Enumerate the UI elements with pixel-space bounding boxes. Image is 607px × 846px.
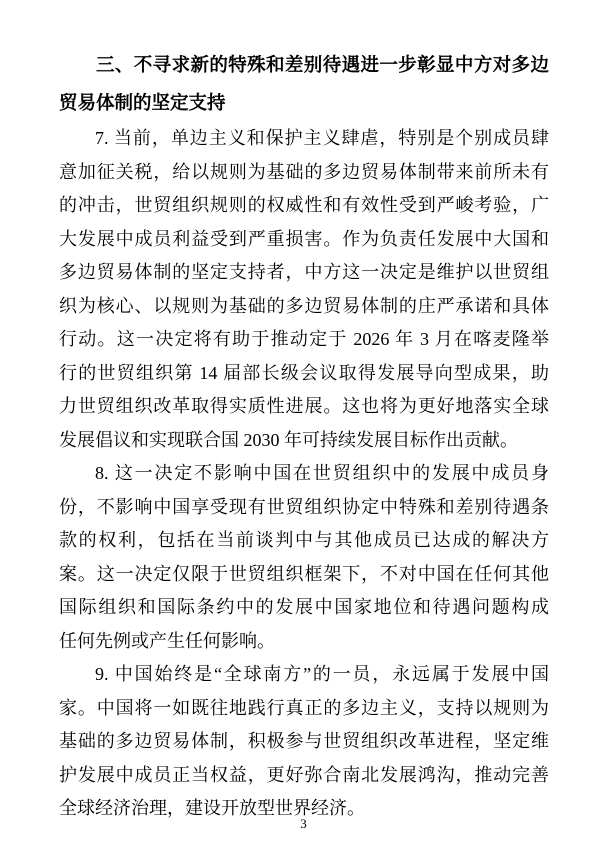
text-line: 意加征关税，给以规则为基础的多边贸易体制带来前所未有 (59, 156, 549, 190)
text-line: 的冲击，世贸组织规则的权威性和有效性受到严峻考验，广 (59, 189, 549, 223)
heading-line: 三、不寻求新的特殊和差别待遇进一步彰显中方对多边 (59, 46, 549, 84)
text-line: 任何先例或产生任何影响。 (59, 625, 549, 659)
text-line: 份，不影响中国享受现有世贸组织协定中特殊和差别待遇条 (59, 491, 549, 525)
section-heading: 三、不寻求新的特殊和差别待遇进一步彰显中方对多边 贸易体制的坚定支持 (59, 46, 549, 122)
text-line: 家。中国将一如既往地践行真正的多边主义，支持以规则为 (59, 692, 549, 726)
text-line: 国际组织和国际条约中的发展中国家地位和待遇问题构成 (59, 591, 549, 625)
page-number: 3 (0, 816, 607, 832)
document-body: 7. 当前，单边主义和保护主义肆虐，特别是个别成员肆 意加征关税，给以规则为基础… (59, 122, 549, 826)
document-page: 三、不寻求新的特殊和差别待遇进一步彰显中方对多边 贸易体制的坚定支持 7. 当前… (0, 0, 607, 846)
text-line: 发展倡议和实现联合国 2030 年可持续发展目标作出贡献。 (59, 424, 549, 458)
text-line: 行的世贸组织第 14 届部长级会议取得发展导向型成果，助 (59, 357, 549, 391)
heading-line: 贸易体制的坚定支持 (59, 84, 549, 122)
text-line: 款的权利，包括在当前谈判中与其他成员已达成的解决方 (59, 524, 549, 558)
text-line: 7. 当前，单边主义和保护主义肆虐，特别是个别成员肆 (59, 122, 549, 156)
text-line: 织为核心、以规则为基础的多边贸易体制的庄严承诺和具体 (59, 290, 549, 324)
text-line: 8. 这一决定不影响中国在世贸组织中的发展中成员身 (59, 457, 549, 491)
text-line: 案。这一决定仅限于世贸组织框架下，不对中国在任何其他 (59, 558, 549, 592)
text-line: 9. 中国始终是“全球南方”的一员，永远属于发展中国 (59, 658, 549, 692)
text-line: 护发展中成员正当权益，更好弥合南北发展鸿沟，推动完善 (59, 759, 549, 793)
text-line: 多边贸易体制的坚定支持者，中方这一决定是维护以世贸组 (59, 256, 549, 290)
text-line: 行动。这一决定将有助于推动定于 2026 年 3 月在喀麦隆举 (59, 323, 549, 357)
text-line: 力世贸组织改革取得实质性进展。这也将为更好地落实全球 (59, 390, 549, 424)
text-line: 大发展中成员利益受到严重损害。作为负责任发展中大国和 (59, 223, 549, 257)
text-line: 基础的多边贸易体制，积极参与世贸组织改革进程，坚定维 (59, 725, 549, 759)
